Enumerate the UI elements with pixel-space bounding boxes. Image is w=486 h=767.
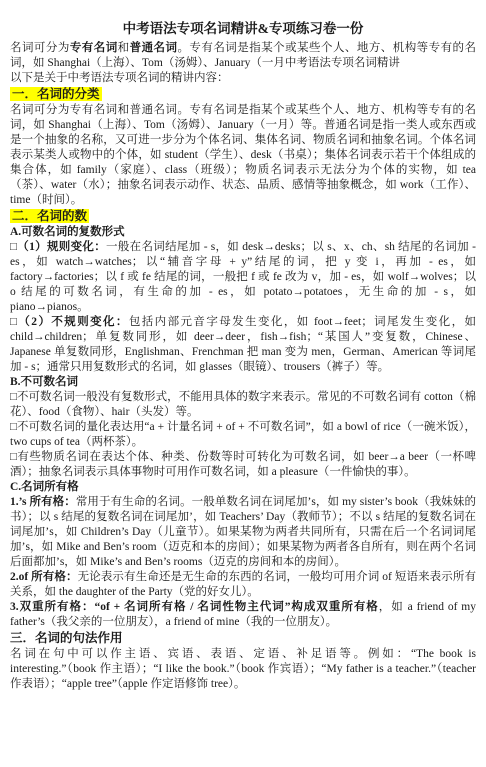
text-run: □不可数名词一般没有复数形式，不能用具体的数字来表示。常见的不可数名词有 cot…: [10, 391, 476, 418]
text-run: 名词可分为: [10, 42, 70, 54]
subheading: B.不可数名词: [10, 375, 476, 390]
bold-text-run: 普通名词: [130, 42, 178, 54]
heading-text: B.不可数名词: [10, 376, 78, 388]
highlight-marker: 二．名词的数: [10, 209, 89, 223]
text-run: □不可数名词的量化表达用“a + 计量名词 + of + 不可数名词”，如 a …: [10, 421, 476, 448]
paragraph: □不可数名词一般没有复数形式，不能用具体的数字来表示。常见的不可数名词有 cot…: [10, 390, 476, 420]
paragraph: □不可数名词的量化表达用“a + 计量名词 + of + 不可数名词”，如 a …: [10, 420, 476, 450]
paragraph: 名词可分为专有名词和普通名词。专有名词是指某个或某些个人、地方、机构等专有的名词…: [10, 103, 476, 208]
heading-text: A.可数名词的复数形式: [10, 226, 125, 238]
text-run: 和: [118, 42, 130, 54]
heading-highlight: 二．名词的数: [10, 208, 476, 225]
bold-text-run: 3.双重所有格：“of + 名词所有格 / 名词性物主代词”构成双重所有格: [10, 601, 379, 613]
text-run: 无论表示有生命还是无生命的东西的名词，一般均可用介词 of 短语来表示所有关系，…: [10, 571, 476, 598]
document-title: 中考语法专项名词精讲&专项练习卷一份: [10, 20, 476, 38]
paragraph: 名词可分为专有名词和普通名词。专有名词是指某个或某些个人、地方、机构等专有的名词…: [10, 41, 476, 71]
paragraph: □（2）不规则变化：包括内部元音字母发生变化，如 foot→feet；词尾发生变…: [10, 315, 476, 375]
text-run: 常用于有生命的名词。一般单数名词在词尾加’s，如 my sister’s boo…: [10, 496, 476, 568]
bold-text-run: 1.’s 所有格：: [10, 496, 76, 508]
paragraph: 名词在句中可以作主语、宾语、表语、定语、补足语等。例如：“The book is…: [10, 647, 476, 692]
heading-text: 一．名词的分类: [12, 87, 100, 101]
paragraph: □（1）规则变化：一般在名词结尾加 - s，如 desk→desks；以 s、x…: [10, 240, 476, 315]
highlight-marker: 一．名词的分类: [10, 87, 102, 101]
paragraph: 1.’s 所有格：常用于有生命的名词。一般单数名词在词尾加’s，如 my sis…: [10, 495, 476, 570]
text-run: 名词可分为专有名词和普通名词。专有名词是指某个或某些个人、地方、机构等专有的名词…: [10, 104, 476, 206]
bold-text-run: 专有名词: [70, 42, 118, 54]
heading-text: 二．名词的数: [12, 209, 87, 223]
document-page: 中考语法专项名词精讲&专项练习卷一份 名词可分为专有名词和普通名词。专有名词是指…: [0, 0, 486, 767]
heading-text: 三．名词的句法作用: [10, 631, 123, 645]
text-run: 名词在句中可以作主语、宾语、表语、定语、补足语等。例如：“The book is…: [10, 648, 476, 690]
heading: 三．名词的句法作用: [10, 630, 476, 647]
paragraph: 3.双重所有格：“of + 名词所有格 / 名词性物主代词”构成双重所有格，如 …: [10, 600, 476, 630]
heading-text: C.名词所有格: [10, 481, 79, 493]
paragraph: 2.of 所有格：无论表示有生命还是无生命的东西的名词，一般均可用介词 of 短…: [10, 570, 476, 600]
subheading: A.可数名词的复数形式: [10, 225, 476, 240]
text-run: 以下是关于中考语法专项名词的精讲内容：: [10, 72, 229, 84]
bold-text-run: （2）不规则变化：: [18, 316, 128, 328]
paragraph: 以下是关于中考语法专项名词的精讲内容：: [10, 71, 476, 86]
text-run: □有些物质名词在表达个体、种类、份数等时可转化为可数名词，如 beer→a be…: [10, 451, 476, 478]
subheading: C.名词所有格: [10, 480, 476, 495]
heading-highlight: 一．名词的分类: [10, 86, 476, 103]
bold-text-run: 2.of 所有格：: [10, 571, 78, 583]
bold-text-run: （1）规则变化：: [17, 241, 106, 253]
document-body: 名词可分为专有名词和普通名词。专有名词是指某个或某些个人、地方、机构等专有的名词…: [10, 41, 476, 692]
paragraph: □有些物质名词在表达个体、种类、份数等时可转化为可数名词，如 beer→a be…: [10, 450, 476, 480]
